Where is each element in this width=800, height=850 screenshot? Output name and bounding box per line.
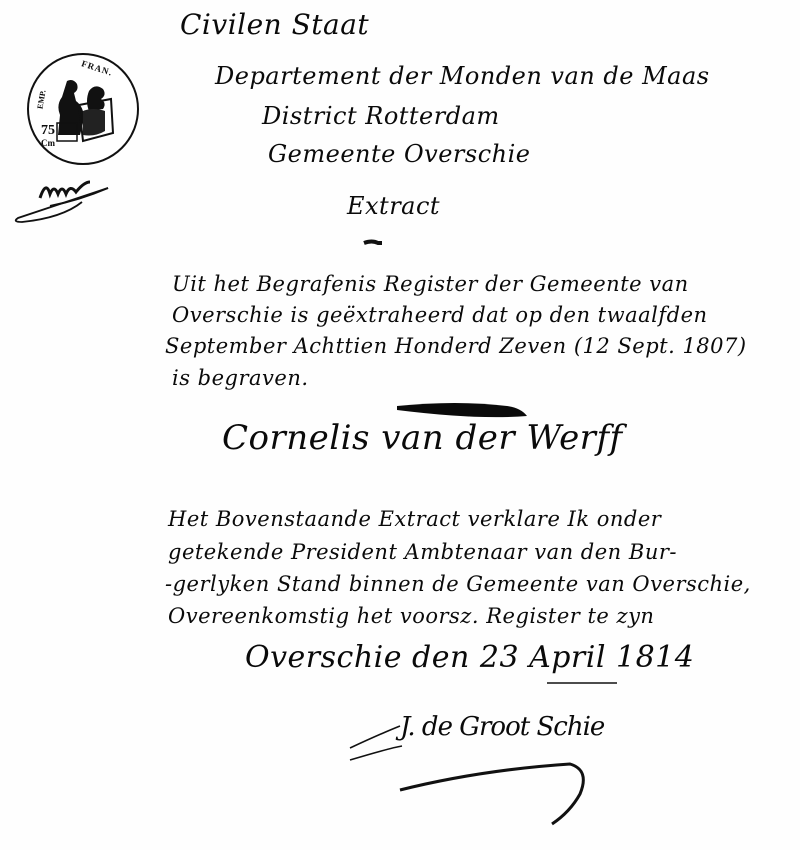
tax-stamp: FRAN. EMP. 75 Cm [27,53,139,165]
signature-flourish-icon [340,700,600,830]
extract-label: Extract [347,192,440,220]
document-page: FRAN. EMP. 75 Cm Civilen Staat Departeme… [0,0,800,850]
stamp-value: 75 Cm [41,125,55,149]
stamp-initials-signature-icon [10,168,120,228]
declaration-line-2: getekende President Ambtenaar van den Bu… [168,540,677,564]
header-title: Civilen Staat [180,8,369,41]
body-line-3: September Achttien Honderd Zeven (12 Sep… [165,334,747,358]
declaration-line-3: -gerlyken Stand binnen de Gemeente van O… [165,572,751,596]
stamp-text-top: FRAN. [80,58,114,77]
body-line-4: is begraven. [172,366,309,390]
header-district: District Rotterdam [262,102,500,130]
header-municipality: Gemeente Overschie [268,140,530,168]
separator-dash-icon [362,238,392,248]
place-date: Overschie den 23 April 1814 [245,640,694,675]
declaration-line-1: Het Bovenstaande Extract verklare Ik ond… [168,507,661,531]
seated-figure-with-eagle-shield-icon [49,77,119,147]
deceased-name: Cornelis van der Werff [222,418,623,458]
body-line-2: Overschie is geëxtraheerd dat op den twa… [172,303,708,327]
body-line-1: Uit het Begrafenis Register der Gemeente… [172,272,689,296]
declaration-line-4: Overeenkomstig het voorsz. Register te z… [168,604,654,628]
stamp-text-left: EMP. [35,89,47,109]
date-underline-icon [545,680,620,686]
header-department: Departement der Monden van de Maas [215,62,710,90]
